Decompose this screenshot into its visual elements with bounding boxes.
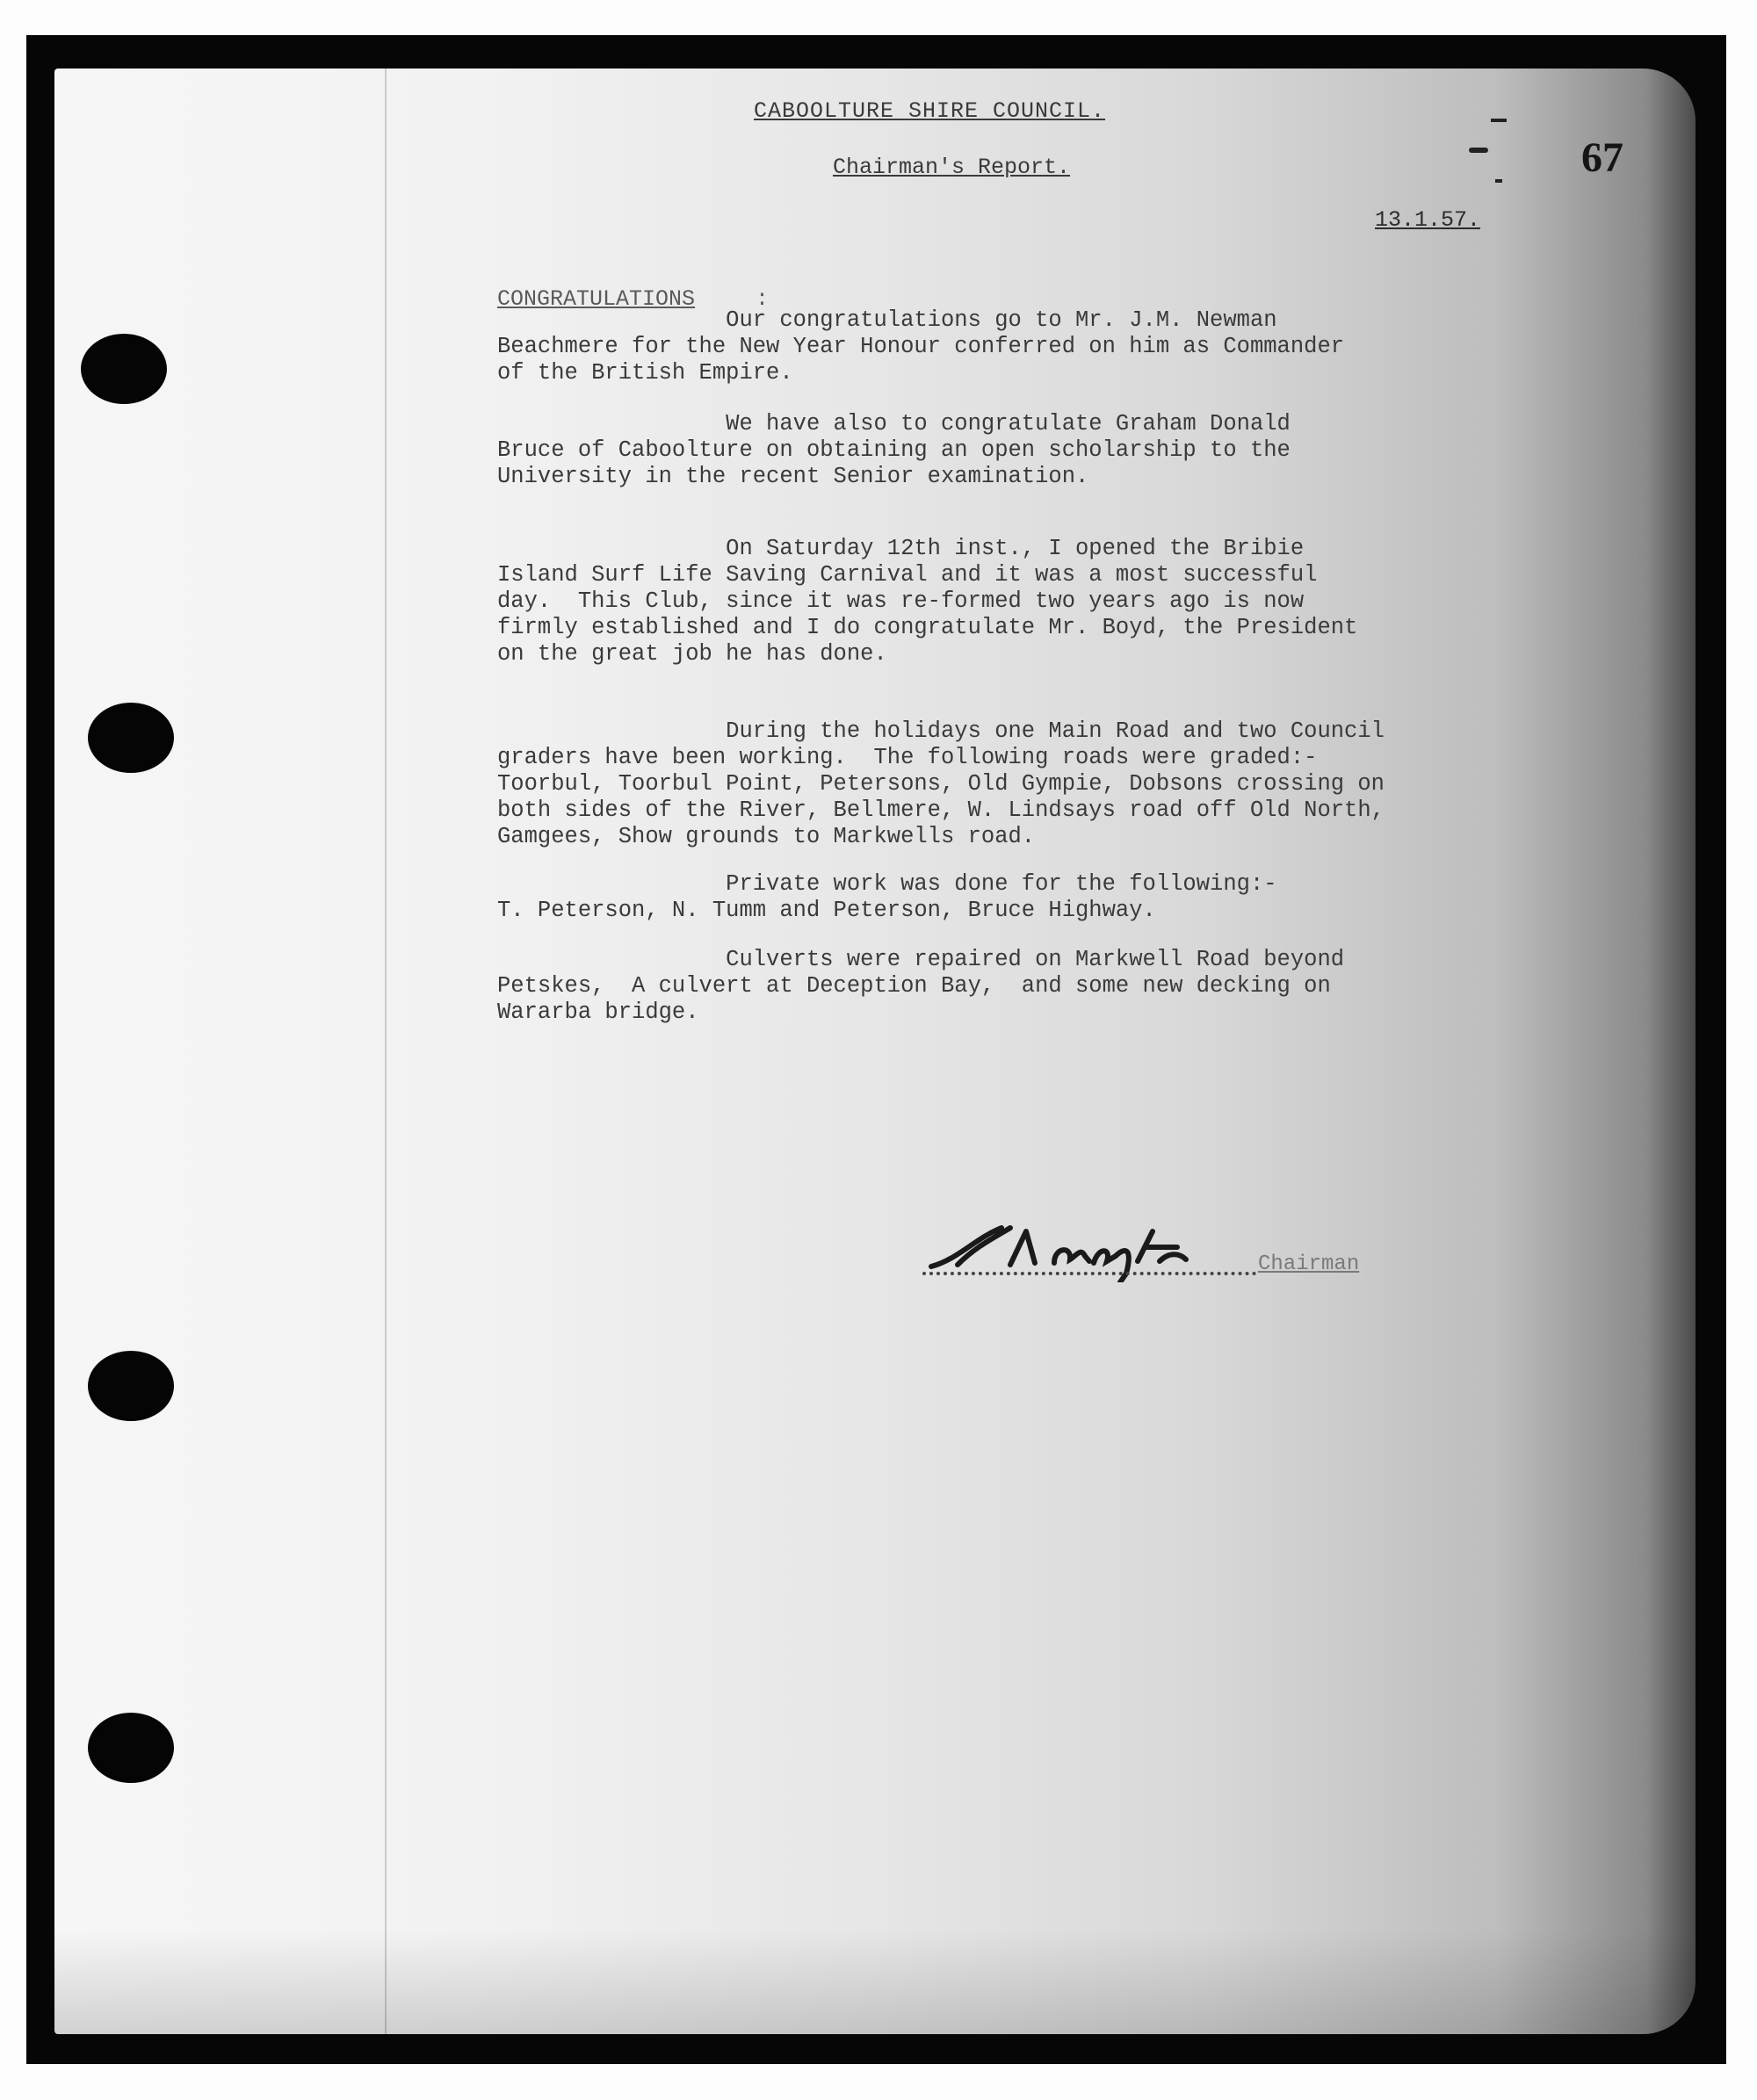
- punch-hole: [88, 1713, 174, 1783]
- paragraph-culverts: Culverts were repaired on Markwell Road …: [497, 947, 1551, 1026]
- paragraph-congratulations-bruce: We have also to congratulate Graham Dona…: [497, 411, 1551, 490]
- report-title: Chairman's Report.: [833, 155, 1070, 180]
- punch-hole: [81, 334, 167, 404]
- paragraph-congratulations-newman: Our congratulations go to Mr. J.M. Newma…: [497, 307, 1551, 386]
- punch-hole: [88, 1351, 174, 1421]
- paragraph-surf-carnival: On Saturday 12th inst., I opened the Bri…: [497, 536, 1551, 668]
- stray-mark: [1469, 148, 1488, 153]
- stray-mark: [1491, 119, 1507, 122]
- margin-line: [385, 69, 387, 2034]
- paragraph-road-grading: During the holidays one Main Road and tw…: [497, 718, 1551, 850]
- signature-line: [922, 1272, 1256, 1275]
- signature-block: Chairman: [922, 1221, 1414, 1282]
- report-date: 13.1.57.: [1375, 207, 1480, 233]
- paragraph-private-work: Private work was done for the following:…: [497, 871, 1551, 924]
- signatory-role: Chairman: [1258, 1252, 1359, 1276]
- stray-mark: [1495, 179, 1502, 183]
- punch-hole: [88, 703, 174, 773]
- page-number: 67: [1581, 134, 1623, 182]
- council-title: CABOOLTURE SHIRE COUNCIL.: [754, 98, 1105, 124]
